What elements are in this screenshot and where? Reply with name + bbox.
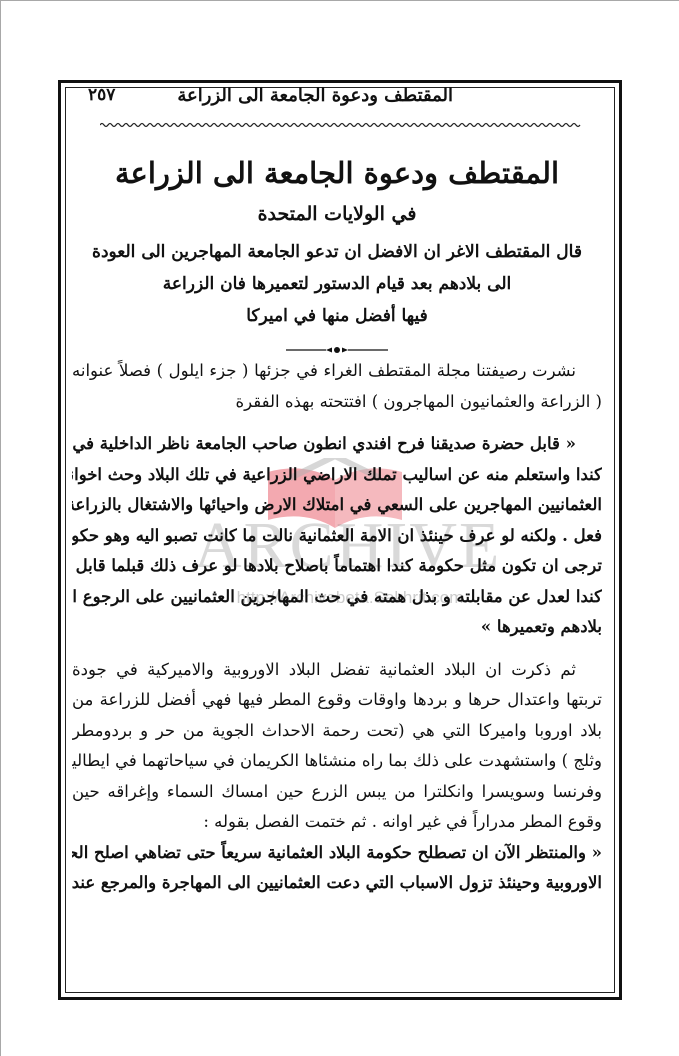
deck-line: فيها أفضل منها في اميركا — [72, 300, 602, 332]
deck-line: الى بلادهم بعد قيام الدستور لتعميرها فان… — [72, 268, 602, 300]
text-line: العثمانيين المهاجرين على السعي في امتلاك… — [72, 490, 602, 521]
deck-line: قال المقتطف الاغر ان الافضل ان تدعو الجا… — [72, 236, 602, 268]
paragraph-intro: نشرت رصيفتنا مجلة المقتطف الغراء في جزئه… — [72, 356, 602, 417]
text-line: « قابل حضرة صديقنا فرح افندي انطون صاحب … — [72, 429, 602, 460]
quote-block-1: « قابل حضرة صديقنا فرح افندي انطون صاحب … — [72, 429, 602, 643]
article: المقتطف ودعوة الجامعة الى الزراعة في الو… — [72, 140, 602, 899]
article-deck: قال المقتطف الاغر ان الافضل ان تدعو الجا… — [72, 236, 602, 332]
text-line: تربتها واعتدال حرها و بردها واوقات وقوع … — [72, 685, 602, 716]
quote-block-2: « والمنتظر الآن ان تصطلح حكومة البلاد ال… — [72, 838, 602, 899]
text-line: ترجى ان تكون مثل حكومة كندا اهتماماً باص… — [72, 551, 602, 582]
text-line: بلاد اوروبا واميركا التي هي (تحت رحمة ال… — [72, 716, 602, 747]
text-line: بلادهم وتعميرها » — [72, 612, 602, 643]
page-number: ٢٥٧ — [88, 85, 115, 105]
text-line: وقوع المطر مدراراً في غير اوانه . ثم ختم… — [72, 807, 602, 838]
article-body: نشرت رصيفتنا مجلة المقتطف الغراء في جزئه… — [72, 356, 602, 899]
wavy-rule-divider — [100, 122, 582, 128]
text-line: ثم ذكرت ان البلاد العثمانية تفضل البلاد … — [72, 655, 602, 686]
running-head: المقتطف ودعوة الجامعة الى الزراعة ٢٥٧ — [78, 78, 603, 116]
text-line: الاوروبية وحينئذ تزول الاسباب التي دعت ا… — [72, 868, 602, 899]
text-line: فعل . ولكنه لو عرف حينئذ ان الامة العثما… — [72, 521, 602, 552]
running-head-title: المقتطف ودعوة الجامعة الى الزراعة — [177, 85, 453, 106]
text-line: كندا واستعلم منه عن اساليب تملك الاراضي … — [72, 460, 602, 491]
article-title: المقتطف ودعوة الجامعة الى الزراعة — [72, 148, 602, 198]
viewer-edge-left — [0, 0, 1, 1056]
viewer-edge-top — [0, 0, 679, 1]
text-line: وفرنسا وسويسرا وانكلترا من يبس الزرع حين… — [72, 777, 602, 808]
paragraph-2: ثم ذكرت ان البلاد العثمانية تفضل البلاد … — [72, 655, 602, 838]
text-line: ( الزراعة والعثمانيون المهاجرون ) افتتحت… — [72, 387, 602, 418]
article-subtitle: في الولايات المتحدة — [72, 198, 602, 230]
text-line: « والمنتظر الآن ان تصطلح حكومة البلاد ال… — [72, 838, 602, 869]
text-line: وثلج ) واستشهدت على ذلك بما راه منشئاها … — [72, 746, 602, 777]
section-ornament — [286, 346, 388, 354]
text-line: كندا لعدل عن مقابلته و بذل همته في حث ال… — [72, 582, 602, 613]
text-line: نشرت رصيفتنا مجلة المقتطف الغراء في جزئه… — [72, 356, 602, 387]
